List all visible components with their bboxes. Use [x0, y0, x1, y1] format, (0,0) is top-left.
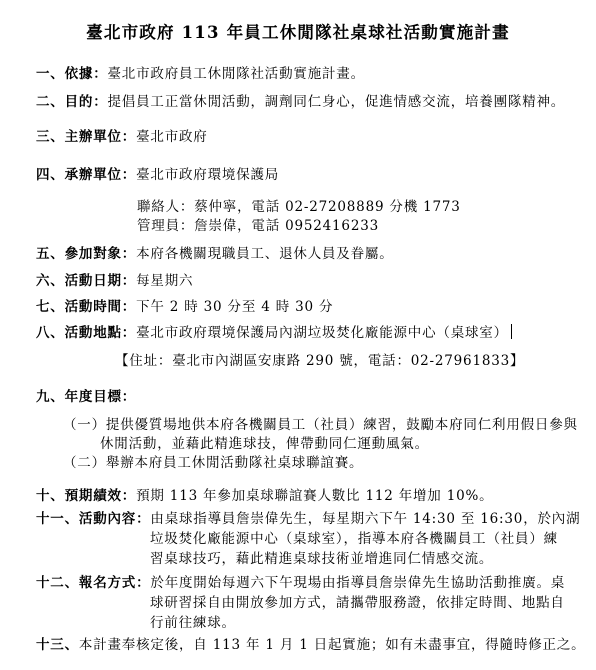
item-basis-text: 臺北市政府員工休閒隊社活動實施計畫。: [108, 66, 365, 82]
item-implementation-text: 本計畫奉核定後，自 113 年 1 月 1 日起實施；如有未盡事宜，得隨時修正之…: [79, 637, 586, 653]
item-content-line-3: 習桌球技巧，藉此精進桌球技術並增進同仁情感交流。: [0, 550, 596, 569]
item-organizer-text: 臺北市政府: [136, 129, 208, 145]
item-time-label: 七、活動時間：: [36, 299, 136, 315]
document-page[interactable]: 臺北市政府 113 年員工休閒隊社桌球社活動實施計畫 一、依據：臺北市政府員工休…: [0, 0, 596, 670]
item-time-text: 下午 2 時 30 分至 4 時 30 分: [136, 299, 333, 315]
item-implementation: 十三、本計畫奉核定後，自 113 年 1 月 1 日起實施；如有未盡事宜，得隨時…: [0, 636, 596, 655]
item-executor-text: 臺北市政府環境保護局: [136, 167, 279, 183]
item-expected-results-label: 十、預期績效：: [36, 488, 136, 504]
item-date: 六、活動日期：每星期六: [0, 272, 596, 291]
item-goals: 九、年度目標：: [0, 388, 596, 407]
item-registration-label: 十二、報名方式：: [36, 575, 150, 591]
item-purpose-label: 二、目的：: [36, 94, 108, 110]
item-executor: 四、承辦單位：臺北市政府環境保護局: [0, 166, 596, 185]
item-registration-line-1: 於年度開始每週六下午現場由指導員詹崇偉先生協助活動推廣。桌: [150, 575, 565, 591]
goal-2: （二）舉辦本府員工休閒活動隊社桌球聯誼賽。: [0, 454, 596, 473]
item-content-line-1: 由桌球指導員詹崇偉先生，每星期六下午 14:30 至 16:30，於內湖: [150, 511, 580, 527]
item-content-line-2: 垃圾焚化廠能源中心（桌球室），指導本府各機關員工（社員）練: [0, 530, 596, 549]
item-registration-line-2: 球研習採自由開放參加方式，請攜帶服務證，依排定時間、地點自: [0, 594, 596, 613]
goal-1-line-2: 休閒活動，並藉此精進球技，俾帶動同仁運動風氣。: [0, 435, 596, 454]
item-content-label: 十一、活動內容：: [36, 511, 150, 527]
document-title: 臺北市政府 113 年員工休閒隊社桌球社活動實施計畫: [0, 22, 596, 44]
contact-line: 聯絡人：蔡仲寧，電話 02-27208889 分機 1773: [0, 198, 596, 217]
item-time: 七、活動時間：下午 2 時 30 分至 4 時 30 分: [0, 298, 596, 317]
address-line: 【住址：臺北市內湖區安康路 290 號，電話：02-27961833】: [0, 352, 596, 371]
item-basis-label: 一、依據：: [36, 66, 108, 82]
item-basis: 一、依據：臺北市政府員工休閒隊社活動實施計畫。: [0, 65, 596, 84]
item-goals-label: 九、年度目標：: [36, 389, 136, 405]
item-purpose-text: 提倡員工正當休閒活動，調劑同仁身心，促進情感交流，培養團隊精神。: [108, 94, 566, 110]
item-location-label: 八、活動地點：: [36, 325, 136, 341]
goal-1-line-1: （一）提供優質場地供本府各機關員工（社員）練習，鼓勵本府同仁利用假日參與: [0, 416, 596, 435]
manager-line: 管理員：詹崇偉，電話 0952416233: [0, 217, 596, 236]
item-participants-text: 本府各機關現職員工、退休人員及眷屬。: [136, 246, 393, 262]
item-content: 十一、活動內容：由桌球指導員詹崇偉先生，每星期六下午 14:30 至 16:30…: [0, 510, 596, 529]
item-expected-results: 十、預期績效：預期 113 年參加桌球聯誼賽人數比 112 年增加 10%。: [0, 487, 596, 506]
item-date-text: 每星期六: [136, 273, 193, 289]
item-date-label: 六、活動日期：: [36, 273, 136, 289]
item-participants: 五、參加對象：本府各機關現職員工、退休人員及眷屬。: [0, 245, 596, 264]
item-registration: 十二、報名方式：於年度開始每週六下午現場由指導員詹崇偉先生協助活動推廣。桌: [0, 574, 596, 593]
item-implementation-label: 十三、: [36, 637, 79, 653]
item-location: 八、活動地點：臺北市政府環境保護局內湖垃圾焚化廠能源中心（桌球室）: [0, 324, 596, 343]
item-expected-results-text: 預期 113 年參加桌球聯誼賽人數比 112 年增加 10%。: [136, 488, 493, 504]
text-cursor: [511, 324, 513, 339]
item-participants-label: 五、參加對象：: [36, 246, 136, 262]
item-executor-label: 四、承辦單位：: [36, 167, 136, 183]
item-registration-line-3: 行前往練球。: [0, 614, 596, 633]
item-purpose: 二、目的：提倡員工正當休閒活動，調劑同仁身心，促進情感交流，培養團隊精神。: [0, 93, 596, 112]
item-organizer-label: 三、主辦單位：: [36, 129, 136, 145]
item-organizer: 三、主辦單位：臺北市政府: [0, 128, 596, 147]
item-location-text: 臺北市政府環境保護局內湖垃圾焚化廠能源中心（桌球室）: [136, 325, 508, 341]
